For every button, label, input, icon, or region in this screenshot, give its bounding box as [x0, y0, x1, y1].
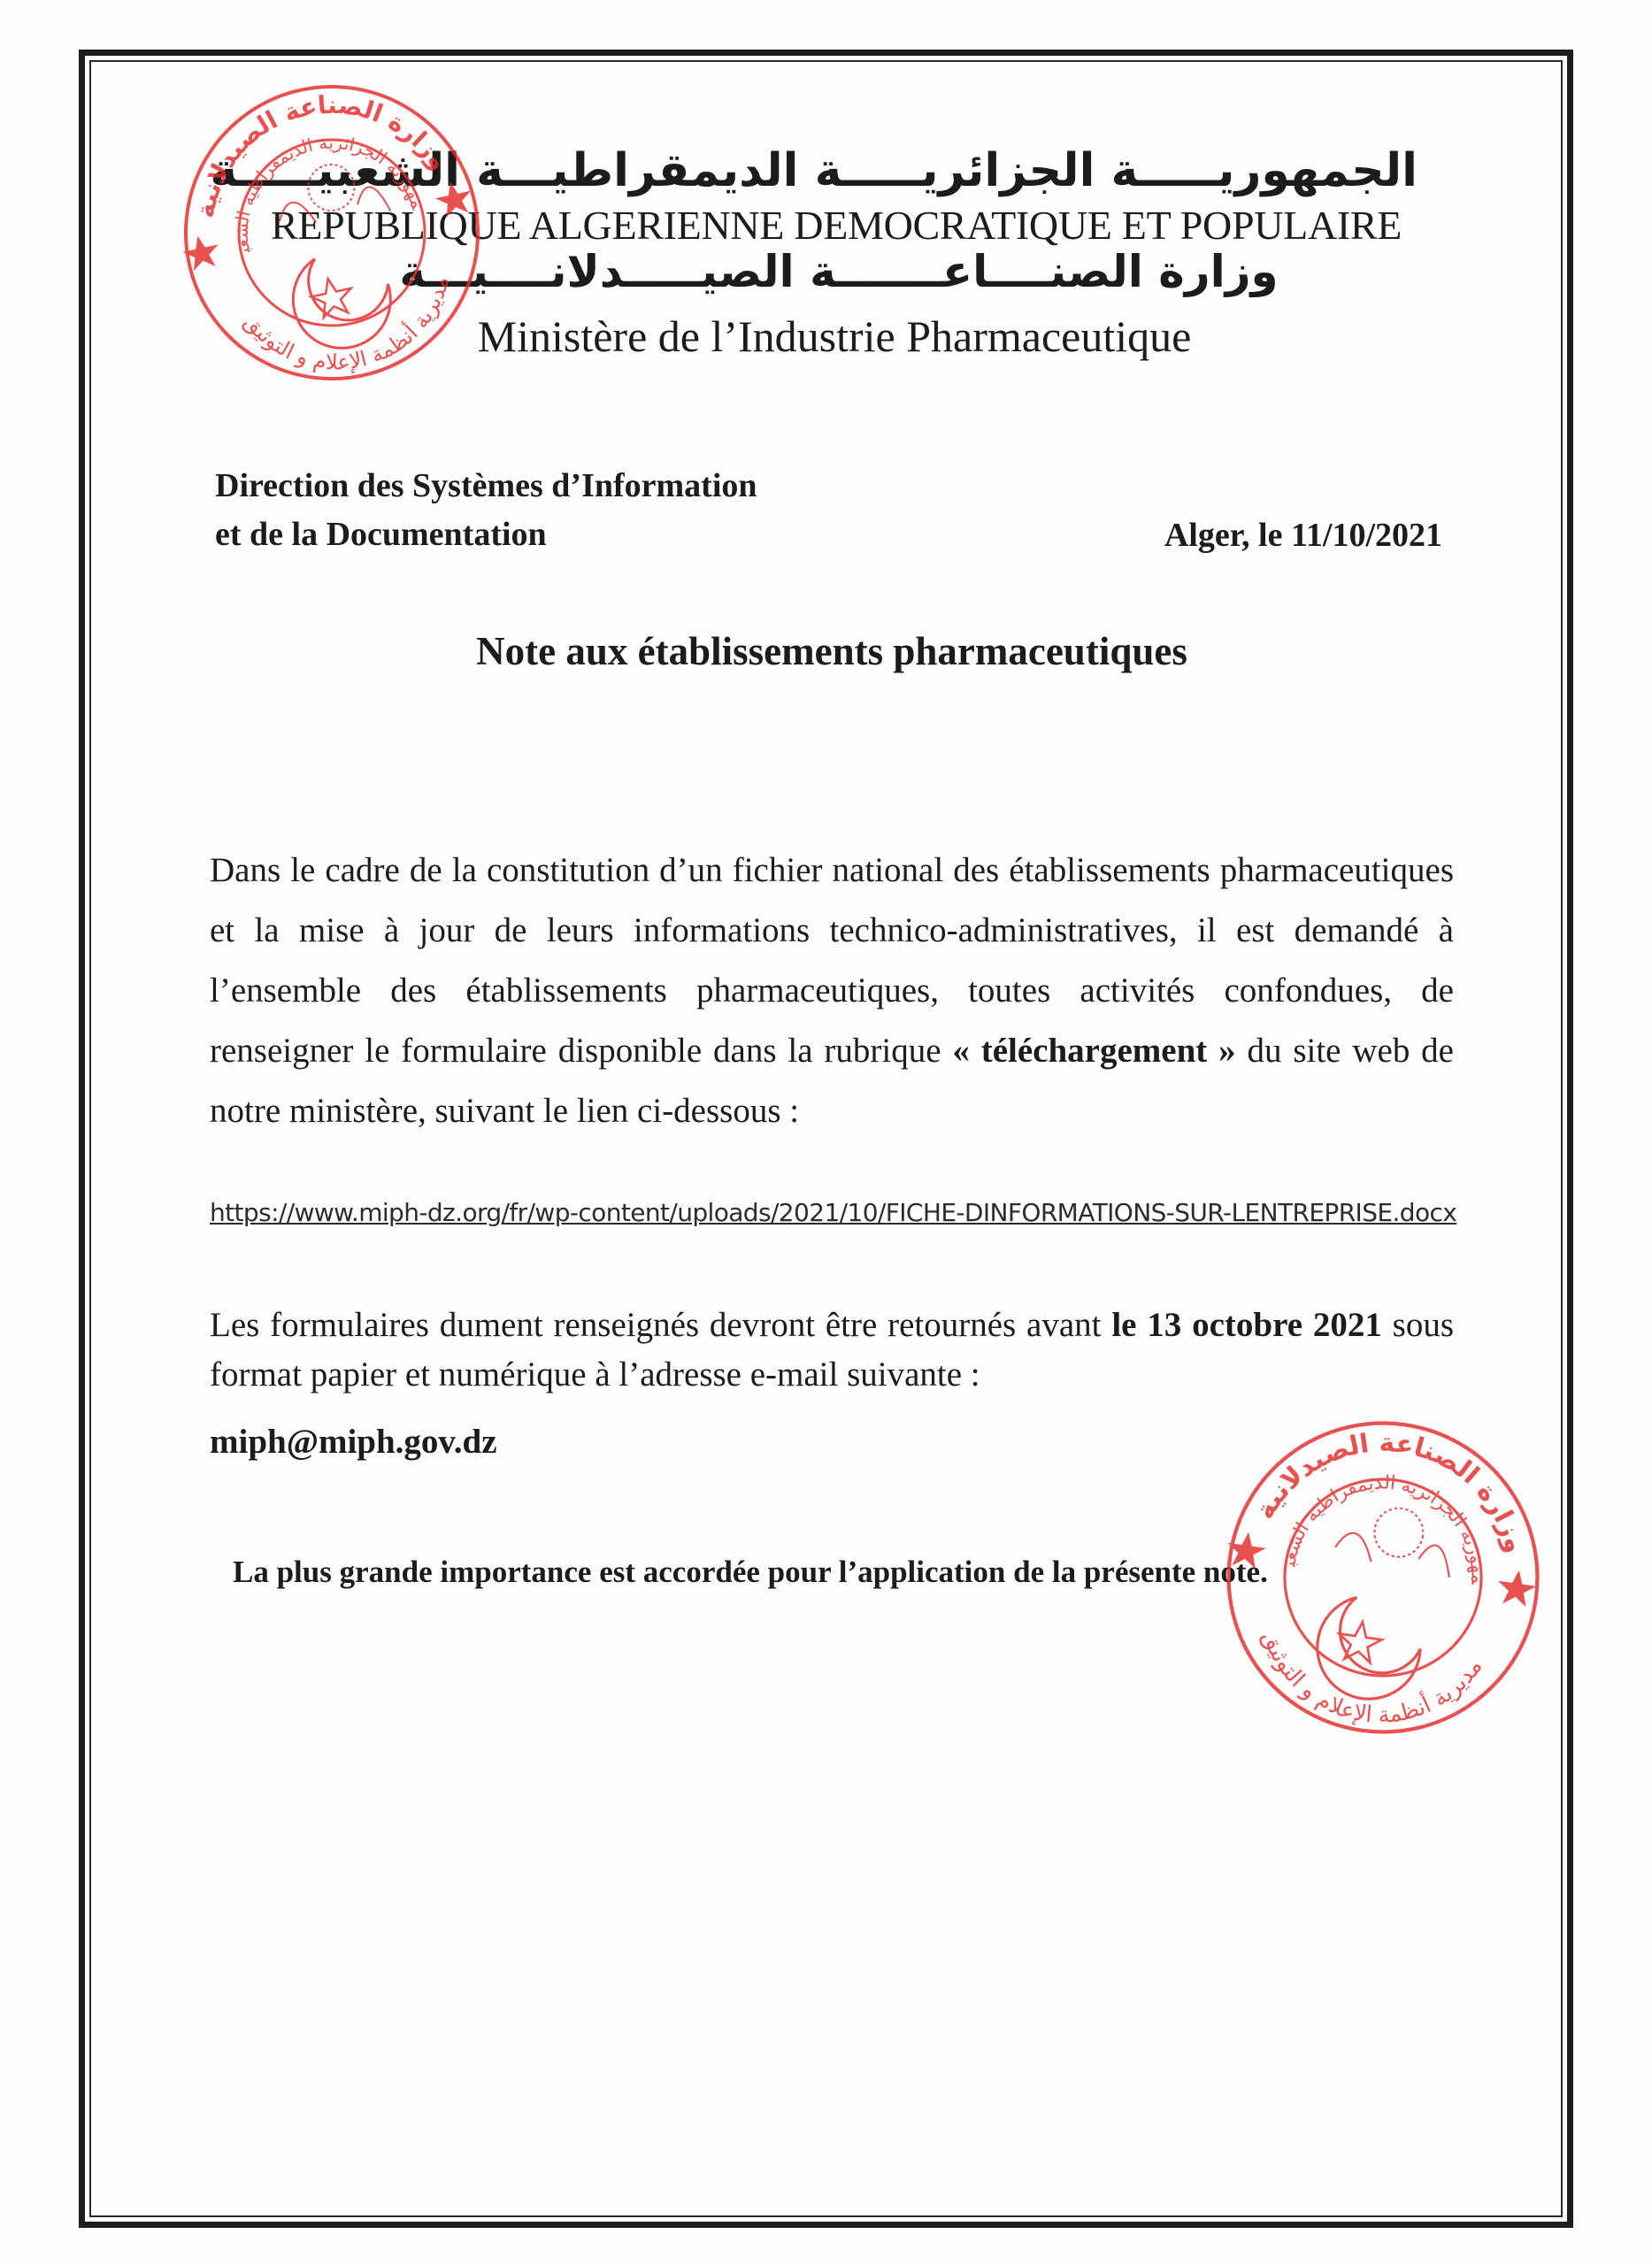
sender-line-2: et de la Documentation — [215, 511, 757, 559]
body-paragraph: Dans le cadre de la constitution d’un fi… — [210, 841, 1454, 1141]
document-date: Alger, le 11/10/2021 — [1097, 511, 1442, 560]
sender-block: Direction des Systèmes d’Information et … — [215, 462, 757, 559]
closing-statement: La plus grande importance est accordée p… — [233, 1550, 1268, 1594]
paragraph-bold-download: « téléchargement » — [952, 1032, 1235, 1070]
deadline-paragraph: Les formulaires dument renseignés devron… — [210, 1301, 1454, 1400]
svg-text:مديرية أنظمة الإعلام و التوثيق: مديرية أنظمة الإعلام و التوثيق — [1247, 1624, 1489, 1741]
deadline-date: le 13 octobre 2021 — [1111, 1306, 1382, 1344]
stamp-seal-icon: وزارة الصناعة الصيدلانية مديرية أنظمة ال… — [1219, 1414, 1547, 1741]
deadline-text-1: Les formulaires dument renseignés devron… — [210, 1306, 1111, 1344]
contact-email[interactable]: miph@miph.gov.dz — [210, 1417, 497, 1467]
document-title: Note aux établissements pharmaceutiques — [90, 625, 1573, 678]
stamp-seal-icon: وزارة الصناعة الصيدلانية مديرية أنظمة ال… — [177, 78, 487, 388]
header-french-ministry: Ministère de l’Industrie Pharmaceutique — [409, 310, 1260, 363]
official-stamp-top: وزارة الصناعة الصيدلانية مديرية أنظمة ال… — [177, 78, 487, 388]
download-link[interactable]: https://www.miph-dz.org/fr/wp-content/up… — [210, 1194, 1466, 1232]
official-stamp-bottom: وزارة الصناعة الصيدلانية مديرية أنظمة ال… — [1219, 1414, 1547, 1741]
sender-line-1: Direction des Systèmes d’Information — [215, 462, 757, 511]
svg-text:مديرية أنظمة الإعلام و التوثيق: مديرية أنظمة الإعلام و التوثيق — [237, 269, 469, 388]
header-arabic-ministry: وزارة الصنــــاعـــــــة الصيـــــدلانــ… — [357, 241, 1320, 303]
